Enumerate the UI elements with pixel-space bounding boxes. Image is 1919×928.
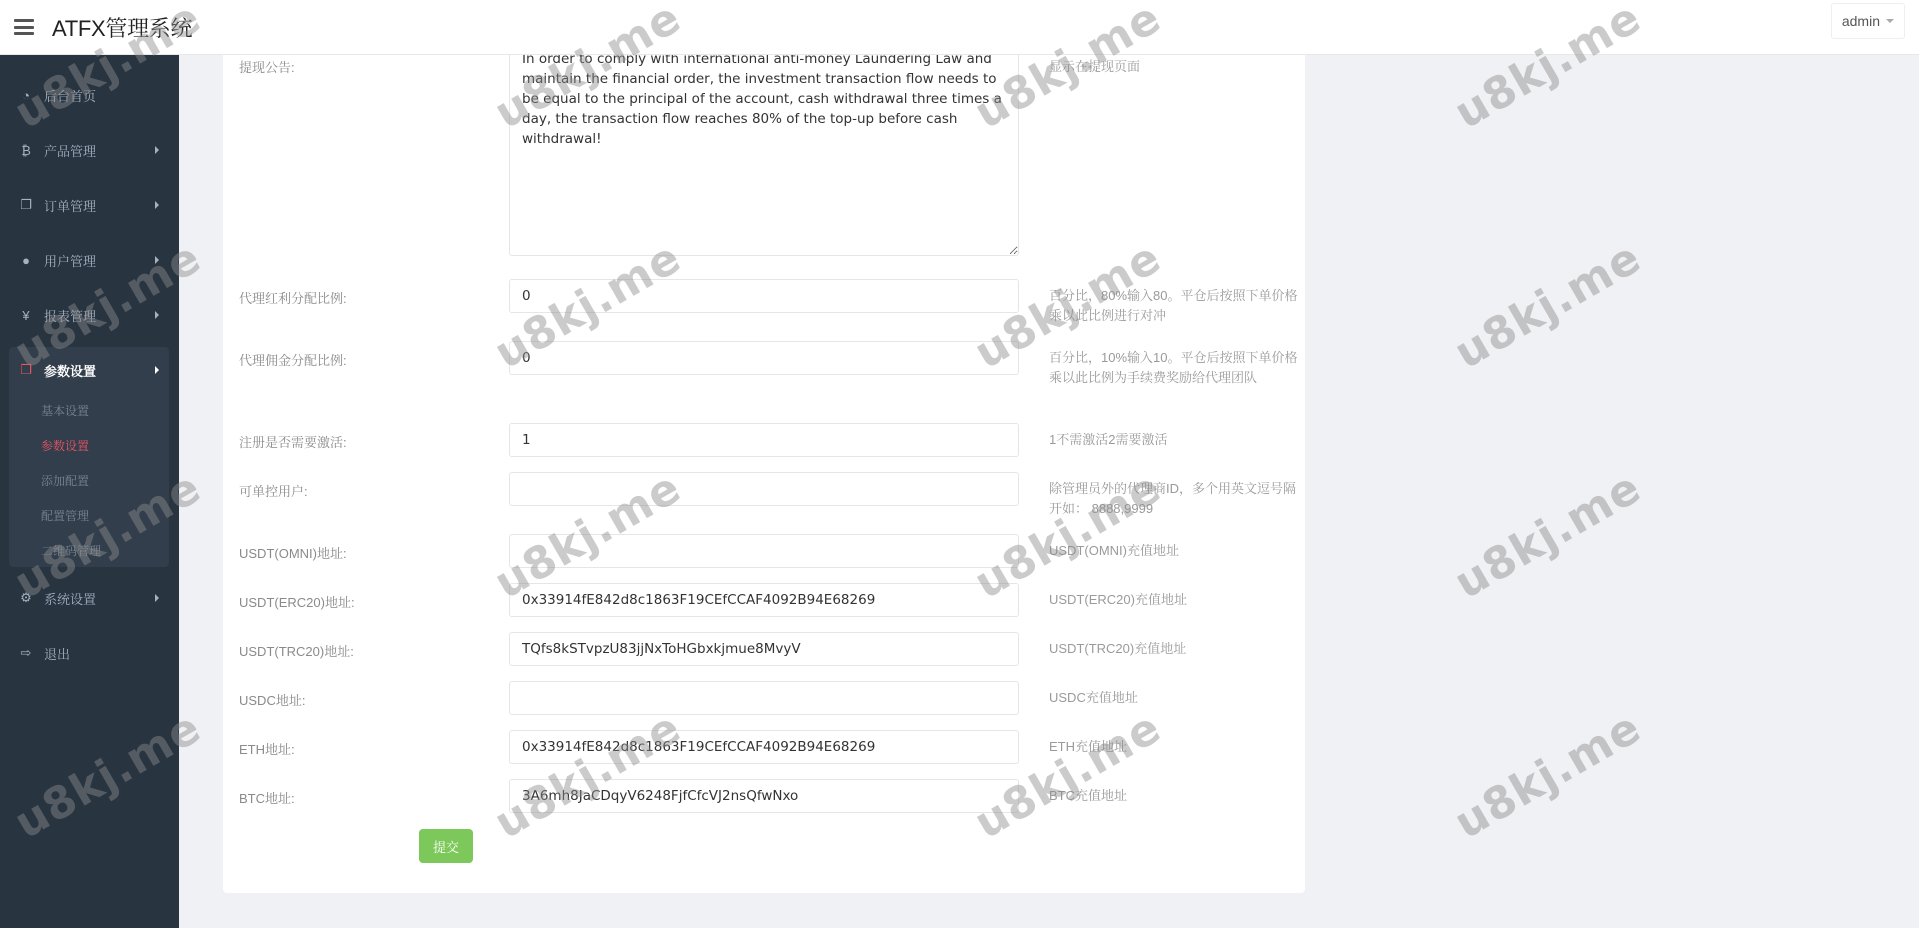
submenu-qrcode-manage[interactable]: 二维码管理 [41,542,101,559]
field-label: 注册是否需要激活: [239,432,347,451]
field-hint: 除管理员外的代理商ID，多个用英文逗号隔开如： 8888,9999 [1049,479,1299,519]
btc-address-input[interactable] [509,779,1019,813]
cogs-icon: ⚙ [18,590,34,606]
field-hint: 百分比，80%输入80。平仓后按照下单价格乘以此比例进行对冲 [1049,286,1299,326]
sidebar: ◔ 后台首页 ₿ 产品管理 ❐ 订单管理 ● 用户管理 ¥ 报表管理 ❐ 参数设… [0,55,179,928]
usdt-omni-address-input[interactable] [509,534,1019,568]
sidebar-item-users[interactable]: ● 用户管理 [0,240,179,280]
field-label: ETH地址: [239,739,295,758]
field-label: 提现公告: [239,57,295,76]
watermark: u8kj.me [1446,702,1650,849]
username: admin [1842,13,1880,29]
watermark: u8kj.me [1446,462,1650,609]
yen-icon: ¥ [18,308,34,323]
submenu-config-manage[interactable]: 配置管理 [41,507,89,524]
sign-out-icon: ⇨ [18,645,34,661]
agent-dividend-ratio-input[interactable] [509,279,1019,313]
sidebar-item-label: 参数设置 [44,361,96,380]
caret-right-icon [155,146,159,154]
agent-commission-ratio-input[interactable] [509,341,1019,375]
sidebar-item-params[interactable]: ❐ 参数设置 [0,350,179,390]
submenu-add-config[interactable]: 添加配置 [41,472,89,489]
field-hint: 显示在提现页面 [1049,57,1299,77]
caret-right-icon [155,366,159,374]
hamburger-menu-icon[interactable] [14,19,34,35]
field-hint: USDC充值地址 [1049,688,1299,708]
top-header: ATFX管理系统 admin [0,0,1919,55]
files-icon: ❐ [18,362,34,378]
caret-right-icon [155,256,159,264]
field-label: USDT(OMNI)地址: [239,543,347,562]
sidebar-item-label: 退出 [44,644,70,663]
require-activation-input[interactable] [509,423,1019,457]
usdt-erc20-address-input[interactable] [509,583,1019,617]
user-icon: ● [18,253,34,268]
caret-right-icon [155,201,159,209]
sidebar-item-reports[interactable]: ¥ 报表管理 [0,295,179,335]
field-hint: 百分比，10%输入10。平仓后按照下单价格乘以此比例为手续费奖励给代理团队 [1049,348,1299,388]
sidebar-item-logout[interactable]: ⇨ 退出 [0,633,179,673]
bitcoin-icon: ₿ [18,143,34,158]
field-label: 代理佣金分配比例: [239,350,347,369]
usdt-trc20-address-input[interactable] [509,632,1019,666]
caret-down-icon [1886,19,1894,23]
field-label: USDT(TRC20)地址: [239,641,354,660]
field-label: USDT(ERC20)地址: [239,592,355,611]
field-hint: USDT(TRC20)充值地址 [1049,639,1299,659]
sidebar-item-label: 产品管理 [44,141,96,160]
files-icon: ❐ [18,197,34,213]
field-label: USDC地址: [239,690,305,709]
field-hint: ETH充值地址 [1049,737,1299,757]
eth-address-input[interactable] [509,730,1019,764]
sidebar-item-products[interactable]: ₿ 产品管理 [0,130,179,170]
submenu-param-settings[interactable]: 参数设置 [41,437,89,454]
dashboard-icon: ◔ [18,88,34,103]
submenu-basic-settings[interactable]: 基本设置 [41,402,89,419]
usdc-address-input[interactable] [509,681,1019,715]
caret-right-icon [155,594,159,602]
settings-form-card: 提现公告: In order to comply with internatio… [223,45,1305,893]
submit-button[interactable]: 提交 [419,829,473,863]
sidebar-item-label: 用户管理 [44,251,96,270]
sidebar-item-label: 报表管理 [44,306,96,325]
sidebar-item-orders[interactable]: ❐ 订单管理 [0,185,179,225]
withdraw-notice-textarea[interactable]: In order to comply with international an… [509,46,1019,256]
field-hint: 1不需激活2需要激活 [1049,430,1299,450]
app-title: ATFX管理系统 [52,12,192,43]
caret-right-icon [155,311,159,319]
field-label: BTC地址: [239,788,295,807]
field-label: 代理红利分配比例: [239,288,347,307]
user-menu-dropdown[interactable]: admin [1831,3,1905,39]
sidebar-item-label: 后台首页 [44,86,96,105]
sidebar-item-dashboard[interactable]: ◔ 后台首页 [0,75,179,115]
controllable-users-input[interactable] [509,472,1019,506]
sidebar-item-label: 订单管理 [44,196,96,215]
sidebar-item-system[interactable]: ⚙ 系统设置 [0,578,179,618]
field-hint: USDT(OMNI)充值地址 [1049,541,1299,561]
field-hint: USDT(ERC20)充值地址 [1049,590,1299,610]
field-label: 可单控用户: [239,481,308,500]
watermark: u8kj.me [1446,232,1650,379]
field-hint: BTC充值地址 [1049,786,1299,806]
sidebar-item-label: 系统设置 [44,589,96,608]
